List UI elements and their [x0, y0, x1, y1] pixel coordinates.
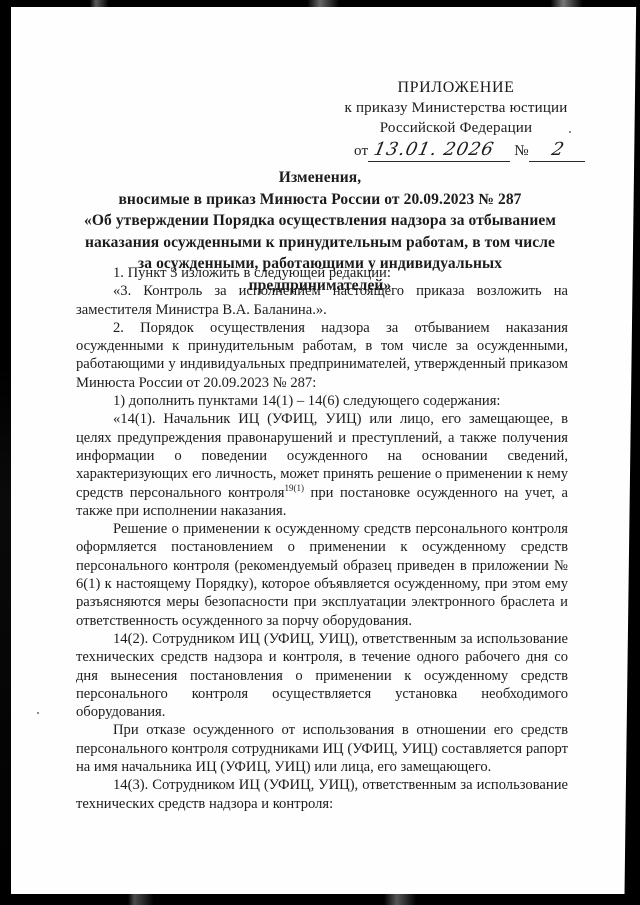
number-prefix-label: № [514, 143, 529, 159]
handwritten-date: 13.01. 2026 [366, 140, 500, 160]
paragraph-4: 1) дополнить пунктами 14(1) – 14(6) след… [76, 392, 568, 410]
header-date-line: от13.01. 2026 №2 [328, 140, 584, 162]
paragraph-5: «14(1). Начальник ИЦ (УФИЦ, УИЦ) или лиц… [76, 410, 568, 520]
scan-edge-bottom [0, 894, 640, 905]
paragraph-6: Решение о применении к осужденному средс… [76, 520, 568, 630]
paragraph-8: При отказе осужденного от использования … [76, 721, 568, 776]
handwritten-number: 2 [543, 140, 570, 160]
scan-edge-top [0, 0, 640, 7]
scan-edge-left [0, 0, 11, 905]
title-line: вносимые в приказ Минюста России от 20.0… [68, 189, 572, 211]
header-federation-line: Российской Федерации [328, 118, 584, 138]
footnote-reference: 19(1) [284, 483, 304, 493]
scanned-document-page: ПРИЛОЖЕНИЕ к приказу Министерства юстици… [0, 0, 640, 905]
title-line: Изменения, [68, 167, 572, 189]
header-appendix-label: ПРИЛОЖЕНИЕ [328, 78, 584, 98]
document-body: 1. Пункт 3 изложить в следующей редакции… [76, 264, 568, 813]
scan-speck [37, 712, 39, 714]
paragraph-2: «3. Контроль за исполнением настоящего п… [76, 282, 568, 319]
header-ministry-line: к приказу Министерства юстиции [328, 98, 584, 118]
paragraph-1: 1. Пункт 3 изложить в следующей редакции… [76, 264, 568, 282]
paragraph-7: 14(2). Сотрудником ИЦ (УФИЦ, УИЦ), ответ… [76, 630, 568, 721]
scan-edge-right [623, 0, 640, 905]
title-line: «Об утверждении Порядка осуществления на… [68, 210, 572, 232]
document-header: ПРИЛОЖЕНИЕ к приказу Министерства юстици… [328, 78, 584, 162]
paragraph-9: 14(3). Сотрудником ИЦ (УФИЦ, УИЦ), ответ… [76, 776, 568, 813]
paragraph-3: 2. Порядок осуществления надзора за отбы… [76, 319, 568, 392]
title-line: наказания осужденными к принудительным р… [68, 232, 572, 254]
